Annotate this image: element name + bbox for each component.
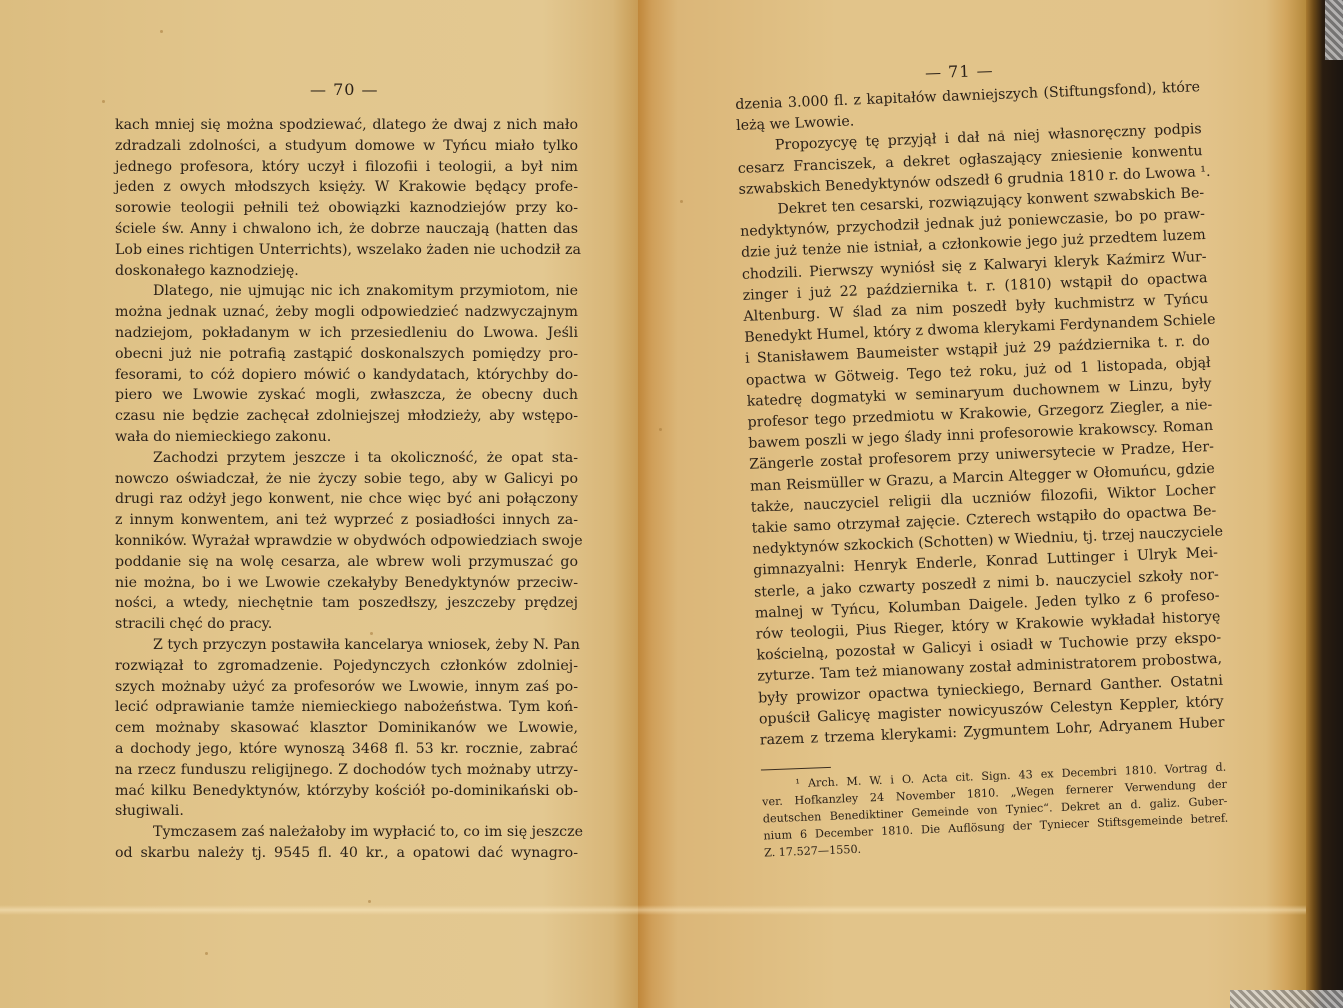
text-line: czasu nie będzie zachęcał zdolniejszej m… <box>115 406 578 427</box>
text-line: ściele św. Anny i chwalono ich, że dobrz… <box>115 219 578 240</box>
text-line: Dlatego, nie ujmując nic ich znakomitym … <box>115 281 578 302</box>
page-number-right: — 71 — <box>925 61 994 82</box>
text-line: Tymczasem zaś należałoby im wypłacić to,… <box>115 822 578 843</box>
text-line: szych możnaby użyć za profesorów we Lwow… <box>115 677 578 698</box>
paper-speck <box>370 632 373 635</box>
cloth-corner-top <box>1325 0 1343 60</box>
text-line: cem możnaby skasować klasztor Dominikanó… <box>115 718 578 739</box>
text-line: Z tych przyczyn postawiła kancelarya wni… <box>115 635 578 656</box>
paper-speck <box>368 900 371 903</box>
text-line: od skarbu należy tj. 9545 fl. 40 kr., a … <box>115 843 578 864</box>
text-line: na rzecz funduszu religijnego. Z dochodó… <box>115 760 578 781</box>
page-fold-highlight <box>0 905 1306 915</box>
text-line: piero we Lwowie zyskać mogli, zwłaszcza,… <box>115 385 578 406</box>
text-line: nie można, bo i we Lwowie czekałyby Bene… <box>115 573 578 594</box>
text-line: stracili chęć do pracy. <box>115 614 578 635</box>
text-line: Zachodzi przytem jeszcze i ta okolicznoś… <box>115 448 578 469</box>
text-line: Lob eines richtigen Unterrichts), wszela… <box>115 240 578 261</box>
text-line: ności, a wtedy, niechętnie tam poszedłsz… <box>115 593 578 614</box>
paper-speck <box>102 100 105 103</box>
text-line: rozwiązał to zgromadzenie. Pojedynczych … <box>115 656 578 677</box>
text-line: zdradzali zdolności, a studyum domowe w … <box>115 136 578 157</box>
text-line: z innym konwentem, ani też wyprzeć z pos… <box>115 510 578 531</box>
book-spread: — 70 — kach mniej się można spodziewać, … <box>0 0 1343 1008</box>
text-line: doskonałego kaznodzieję. <box>115 261 578 282</box>
text-line: sorowie teologii pełnili też obowiązki k… <box>115 198 578 219</box>
text-line: sługiwali. <box>115 801 578 822</box>
text-line: a dochody jego, które wynoszą 3468 fl. 5… <box>115 739 578 760</box>
text-line: mać kilku Benedyktynów, którzyby kościół… <box>115 781 578 802</box>
paper-speck <box>1000 130 1003 133</box>
text-line: wała do niemieckiego zakonu. <box>115 427 578 448</box>
paper-speck <box>680 200 683 203</box>
text-line: jeden z owych młodszych księży. W Krakow… <box>115 177 578 198</box>
text-line: kach mniej się można spodziewać, dlatego… <box>115 115 578 136</box>
footnote: ¹ Arch. M. W. i O. Acta cit. Sign. 43 ex… <box>761 759 1229 862</box>
book-edge <box>1306 0 1343 1008</box>
text-line: drugi raz odżył jego konwent, nie chce w… <box>115 489 578 510</box>
text-line: konników. Wyrażał wprawdzie w obydwóch o… <box>115 531 578 552</box>
paper-speck <box>659 428 662 431</box>
text-line: jednego profesora, który uczył i filozof… <box>115 157 578 178</box>
text-line: obecni już nie potrafią zastąpić doskona… <box>115 344 578 365</box>
paper-speck <box>205 952 208 955</box>
text-line: nowczo oświadczał, że nie życzy sobie te… <box>115 469 578 490</box>
left-page: — 70 — kach mniej się można spodziewać, … <box>0 0 638 1008</box>
text-line: lecić odprawianie tamże niemieckiego nab… <box>115 697 578 718</box>
text-line: fesorami, to cóż dopiero mówić o kandyda… <box>115 365 578 386</box>
paper-speck <box>160 30 163 33</box>
cloth-corner-bottom <box>1230 990 1343 1008</box>
text-line: nadziejom, pokładanym w ich przesiedleni… <box>115 323 578 344</box>
right-page-main-text: dzenia 3.000 fl. z kapitałów dawniejszyc… <box>735 77 1225 752</box>
text-line: można jednak uznać, żeby mogli odpowiedz… <box>115 302 578 323</box>
page-number-left: — 70 — <box>310 80 379 99</box>
text-line: poddanie się na wolę cesarza, ale wbrew … <box>115 552 578 573</box>
left-page-body: kach mniej się można spodziewać, dlatego… <box>115 115 578 864</box>
footnote-divider <box>761 767 831 771</box>
right-page-body: dzenia 3.000 fl. z kapitałów dawniejszyc… <box>735 77 1229 862</box>
